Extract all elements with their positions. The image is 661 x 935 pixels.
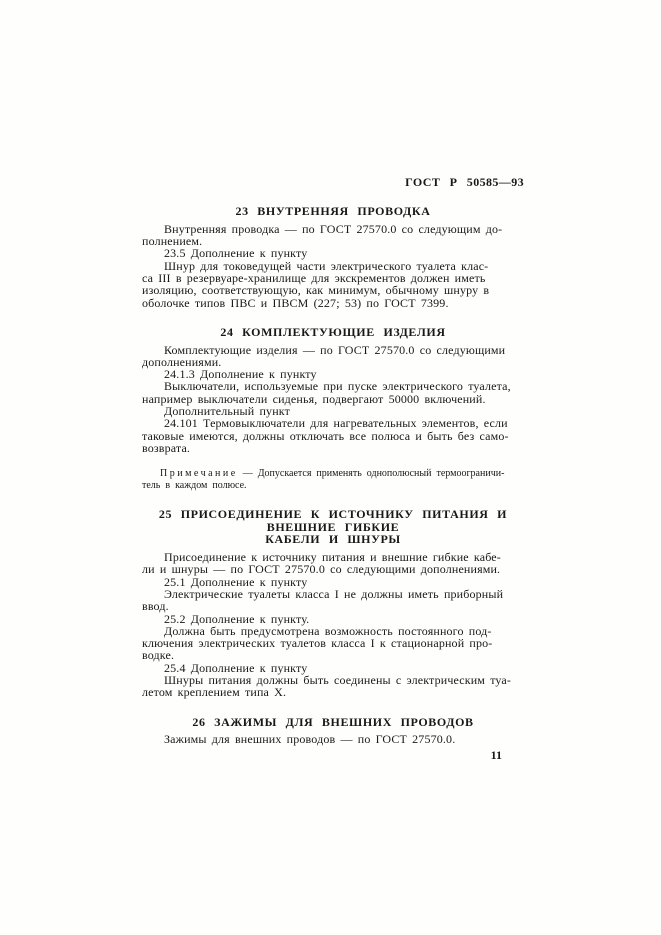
section-25: 25 ПРИСОЕДИНЕНИЕ К ИСТОЧНИКУ ПИТАНИЯ И В… <box>142 508 524 698</box>
clause-label: 23.5 Дополнение к пункту <box>142 247 524 259</box>
document-page: ГОСТ Р 50585—93 23 ВНУТРЕННЯЯ ПРОВОДКА В… <box>0 0 661 935</box>
clause-label: 25.2 Дополнение к пункту. <box>142 613 524 625</box>
paragraph: Комплектующие изделия — по ГОСТ 27570.0 … <box>142 344 524 369</box>
paragraph: Шнуры питания должны быть соединены с эл… <box>142 674 524 699</box>
paragraph: Электрические туалеты класса I не должны… <box>142 588 524 613</box>
section-heading: 24 КОМПЛЕКТУЮЩИЕ ИЗДЕЛИЯ <box>142 326 524 339</box>
section-heading: 26 ЗАЖИМЫ ДЛЯ ВНЕШНИХ ПРОВОДОВ <box>142 716 524 729</box>
paragraph: Внутренняя проводка — по ГОСТ 27570.0 со… <box>142 223 524 248</box>
section-23: 23 ВНУТРЕННЯЯ ПРОВОДКА Внутренняя провод… <box>142 205 524 309</box>
paragraph: Зажимы для внешних проводов — по ГОСТ 27… <box>142 733 524 745</box>
section-heading: 25 ПРИСОЕДИНЕНИЕ К ИСТОЧНИКУ ПИТАНИЯ И В… <box>142 508 524 546</box>
paragraph: Выключатели, используемые при пуске элек… <box>142 380 524 405</box>
doc-code: ГОСТ Р 50585—93 <box>142 176 524 188</box>
section-26: 26 ЗАЖИМЫ ДЛЯ ВНЕШНИХ ПРОВОДОВ Зажимы дл… <box>142 716 524 746</box>
page-content: ГОСТ Р 50585—93 23 ВНУТРЕННЯЯ ПРОВОДКА В… <box>142 176 524 762</box>
note-label: Примечание <box>160 468 238 479</box>
page-number: 11 <box>142 749 502 761</box>
paragraph: Шнур для токоведущей части электрическог… <box>142 260 524 309</box>
paragraph: Должна быть предусмотрена возможность по… <box>142 625 524 662</box>
section-24: 24 КОМПЛЕКТУЮЩИЕ ИЗДЕЛИЯ Комплектующие и… <box>142 326 524 491</box>
section-heading: 23 ВНУТРЕННЯЯ ПРОВОДКА <box>142 205 524 218</box>
paragraph: Присоединение к источнику питания и внеш… <box>142 551 524 576</box>
note: Примечание — Допускается применять одноп… <box>142 468 524 491</box>
paragraph: 24.101 Термовыключатели для нагревательн… <box>142 417 524 454</box>
